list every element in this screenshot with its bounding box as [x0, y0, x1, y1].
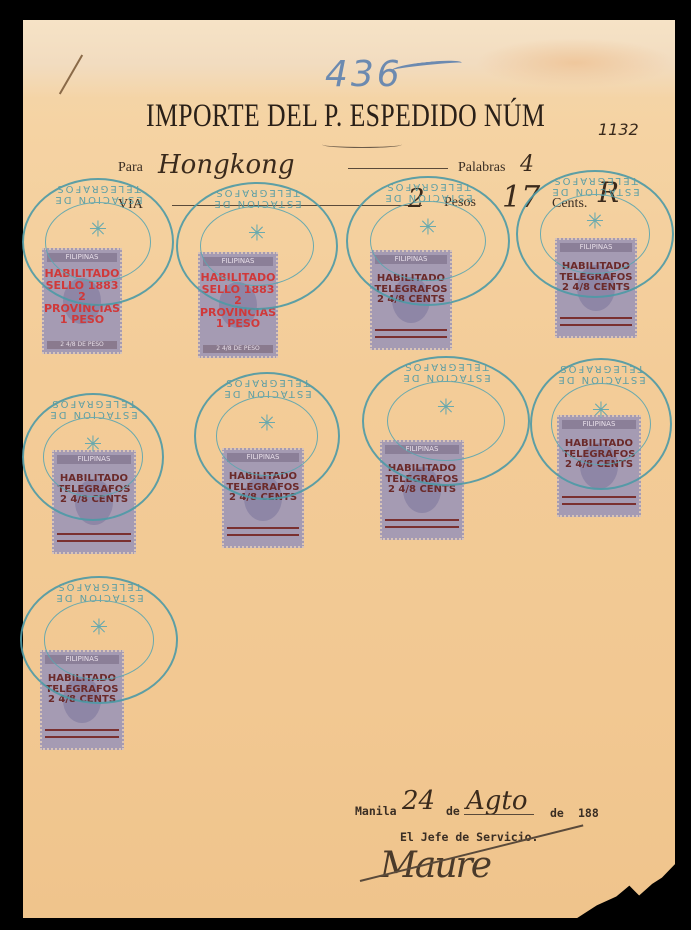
star-icon: ✳: [437, 396, 455, 421]
postmark-cancel-1: ESTACION DE TELEGRAFOS✳: [22, 178, 174, 306]
postmark-text: ESTACION DE TELEGRAFOS: [24, 398, 162, 420]
postmark-text: ESTACION DE TELEGRAFOS: [196, 377, 338, 399]
footer-de-2: de: [550, 806, 564, 820]
postmark-cancel-4: ESTACION DE TELEGRAFOS✳: [516, 170, 674, 298]
palabras-label: Palabras: [458, 160, 505, 176]
obliteration-bars: [562, 496, 636, 505]
postmark-text: ESTACION DE TELEGRAFOS: [364, 361, 528, 383]
postmark-cancel-8: ESTACION DE TELEGRAFOS✳: [530, 358, 672, 490]
footer-de-1: de: [446, 804, 460, 818]
para-value: Hongkong: [158, 150, 295, 180]
obliteration-bars: [560, 317, 632, 326]
postmark-text: ESTACION DE TELEGRAFOS: [178, 187, 336, 209]
star-icon: ✳: [248, 221, 266, 246]
document-title: IMPORTE DEL P. ESPEDIDO NÚM: [146, 98, 545, 135]
star-icon: ✳: [84, 432, 102, 457]
stamp-footer: 2 4/8 DE PESO: [203, 345, 273, 353]
handwritten-number: 1132: [598, 120, 639, 139]
postmark-text: ESTACION DE TELEGRAFOS: [532, 363, 670, 385]
postmark-text: ESTACION DE TELEGRAFOS: [24, 183, 172, 205]
postmark-text: ESTACION DE TELEGRAFOS: [22, 581, 176, 603]
star-icon: ✳: [586, 209, 604, 234]
postmark-cancel-7: ESTACION DE TELEGRAFOS✳: [362, 356, 530, 486]
para-rule: [348, 168, 448, 169]
water-stain-right: [475, 38, 675, 88]
title-flourish: [322, 141, 402, 148]
star-icon: ✳: [89, 217, 107, 242]
postmark-cancel-5: ESTACION DE TELEGRAFOS✳: [22, 393, 164, 521]
star-icon: ✳: [419, 216, 437, 241]
postmark-cancel-3: ESTACION DE TELEGRAFOS✳: [346, 176, 510, 306]
star-icon: ✳: [258, 411, 276, 436]
postmark-cancel-6: ESTACION DE TELEGRAFOS✳: [194, 372, 340, 500]
obliteration-bars: [227, 527, 299, 536]
obliteration-bars: [385, 519, 459, 528]
star-icon: ✳: [592, 399, 610, 424]
obliteration-bars: [45, 729, 119, 738]
postmark-cancel-9: ESTACION DE TELEGRAFOS✳: [20, 576, 178, 704]
month-underline: [464, 814, 534, 815]
postmark-cancel-2: ESTACION DE TELEGRAFOS✳: [176, 182, 338, 310]
stamp-footer: 2 4/8 DE PESO: [47, 341, 117, 349]
palabras-value: 4: [520, 152, 534, 177]
footer-place: Manila: [355, 804, 397, 818]
para-label: Para: [118, 160, 143, 176]
footer-year: 188: [578, 806, 599, 820]
postmark-text: ESTACION DE TELEGRAFOS: [348, 181, 508, 203]
footer-month: Agto: [466, 786, 528, 816]
pencil-reference-number: 436: [325, 54, 403, 95]
footer-day: 24: [402, 786, 435, 816]
obliteration-bars: [57, 533, 131, 542]
star-icon: ✳: [90, 615, 108, 640]
obliteration-bars: [375, 329, 447, 338]
postmark-text: ESTACION DE TELEGRAFOS: [518, 175, 672, 197]
